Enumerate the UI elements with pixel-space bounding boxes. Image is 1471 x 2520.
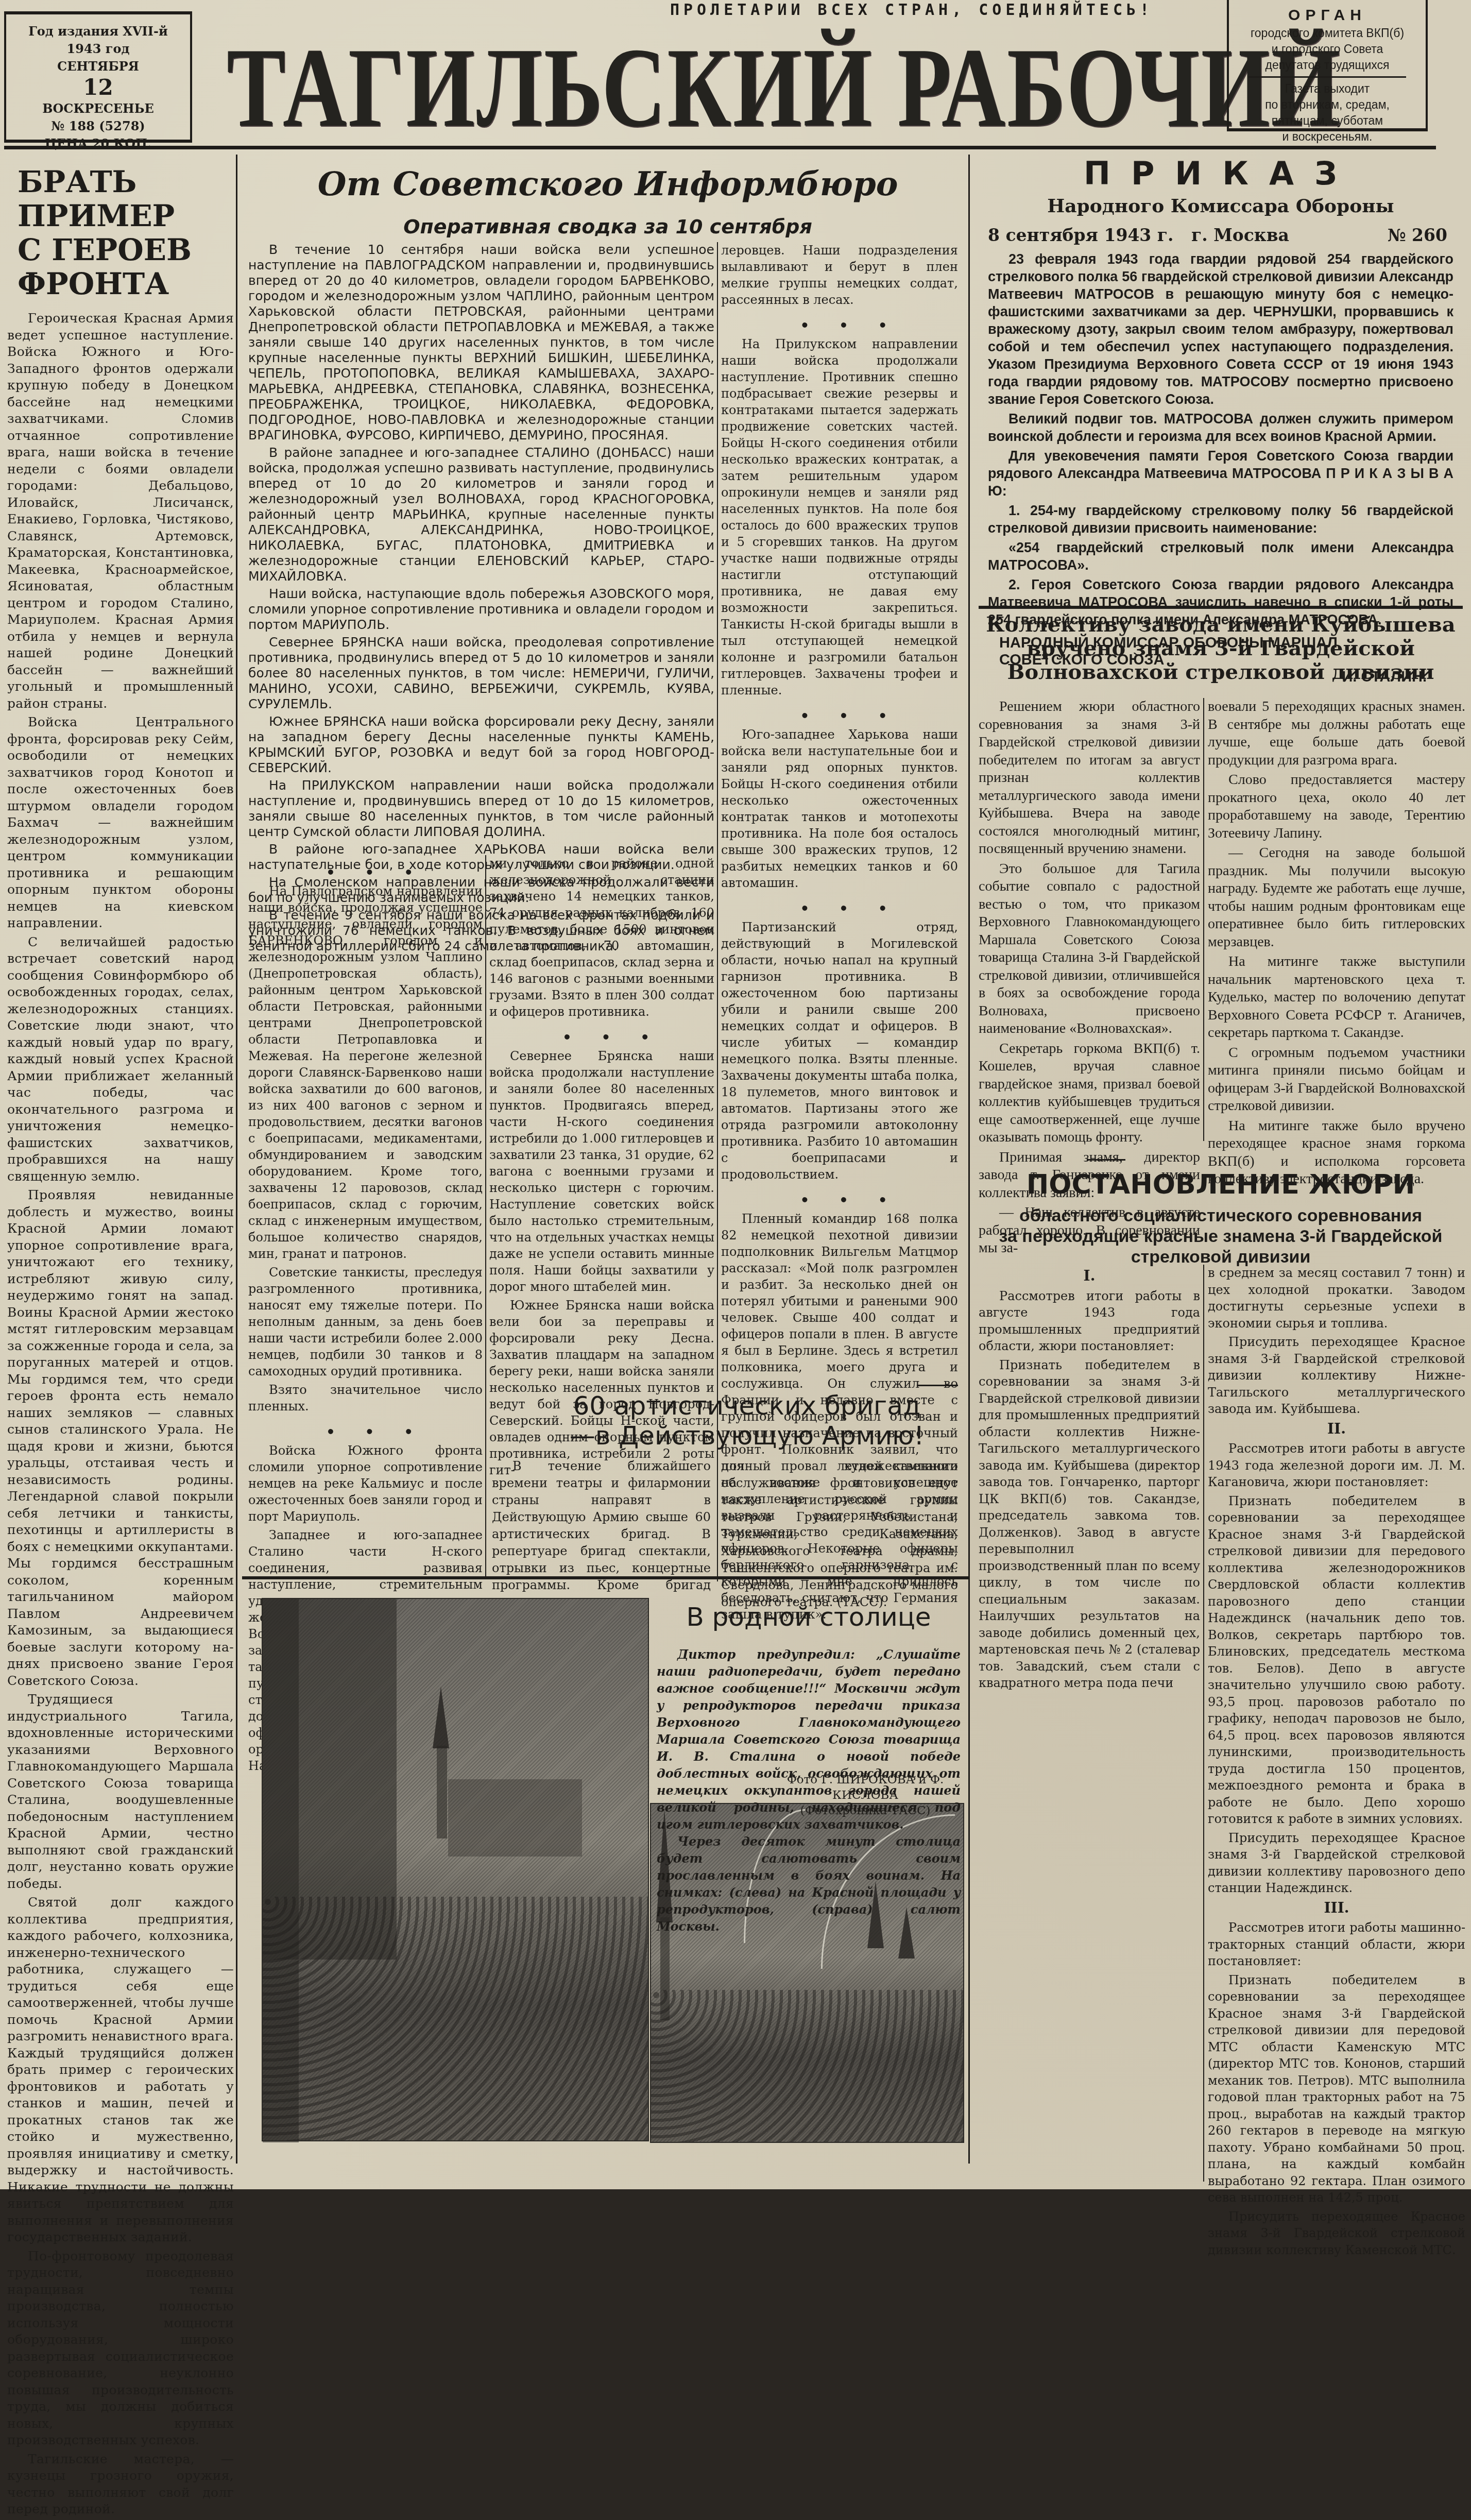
- order-place: г. Москва: [1191, 225, 1289, 245]
- paragraph: Войска Центрального фронта, форсировав р…: [7, 714, 234, 932]
- paragraph: Юго-западнее Харькова наши войска вели н…: [721, 726, 958, 891]
- editorial-article: БРАТЬ ПРИМЕР С ГЕРОЕВ ФРОНТА Героическая…: [7, 165, 234, 2189]
- schedule-line: Газета выходит: [1229, 81, 1426, 97]
- paragraph: Южнее БРЯНСКА наши войска форсировали ре…: [248, 714, 714, 776]
- headline-line: —в Действующую Армию!: [536, 1421, 958, 1451]
- masthead-rule: [4, 146, 1436, 149]
- paragraph: Партизанский отряд, действующий в Могиле…: [721, 919, 958, 1183]
- paragraph: Для увековечения памяти Героя Советского…: [988, 447, 1453, 500]
- issue-year: Год издания XVII-й: [10, 23, 186, 40]
- column-rule: [717, 242, 718, 1581]
- order-meta: 8 сентября 1943 г. г. Москва № 260: [988, 225, 1447, 245]
- article-body: воевали 5 переходящих красных знамен. В …: [1208, 698, 1465, 1188]
- paragraph: Присудить переходящее Красное знамя 3-й …: [1208, 1830, 1465, 1897]
- issue-number: № 188 (5278): [10, 117, 186, 135]
- defense-order: ПРИКАЗ Народного Комиссара Обороны 8 сен…: [979, 155, 1463, 686]
- paragraph: С величайшей радостью встречает советски…: [7, 934, 234, 1185]
- paragraph: Через десяток минут столица будет салюто…: [657, 1833, 961, 1935]
- paragraph: Наши войска, наступающие вдоль побережья…: [248, 586, 714, 633]
- headline-line: С ГЕРОЕВ ФРОНТА: [18, 233, 234, 301]
- jury-subheadline: областного социалистического соревновани…: [979, 1205, 1463, 1267]
- crowd-texture: [263, 1897, 648, 2140]
- jury-headline: ПОСТАНОВЛЕНИЕ ЖЮРИ: [979, 1169, 1463, 1200]
- paragraph: Войска Южного фронта сломили упорное соп…: [248, 1442, 483, 1525]
- headline-line: Коллективу завода имени Куйбышева: [979, 613, 1463, 637]
- headline-line: 60 артистических бригад: [536, 1391, 958, 1421]
- order-body: 23 февраля 1943 года гвардии рядовой 254…: [979, 250, 1463, 628]
- paragraph: Рассмотрев итоги работы машинно-тракторн…: [1208, 1919, 1465, 1970]
- section-separator: • • •: [721, 1192, 958, 1208]
- jury-right-column: в среднем за месяц составил 7 тонн) и це…: [1208, 1265, 1465, 2189]
- paragraph: Советские танкисты, преследуя разгромлен…: [248, 1264, 483, 1380]
- paragraph: Рассмотрев итоги работы в августе 1943 г…: [1208, 1440, 1465, 1491]
- paragraph: Секретарь горкома ВКП(б) т. Кошелев, вру…: [979, 1040, 1200, 1147]
- paragraph: Южнее Брянска наши войска вели бои за пе…: [489, 1297, 714, 1478]
- paragraph: На Павлоградском направлении наши войска…: [248, 883, 483, 1262]
- issue-weekday: ВОСКРЕСЕНЬЕ: [10, 100, 186, 117]
- paragraph: На Прилукском направлении наши войска пр…: [721, 336, 958, 699]
- paragraph: С огромным подъемом участники митинга пр…: [1208, 1044, 1465, 1115]
- subheadline-line: областного социалистического соревновани…: [979, 1205, 1463, 1226]
- paragraph: для художественного обслуживания фронтов…: [721, 1458, 958, 1611]
- paragraph: Героическая Красная Армия ведет успешное…: [7, 310, 234, 712]
- column-rule: [1203, 698, 1204, 1141]
- paragraph: На митинге также выступили начальник мар…: [1208, 953, 1465, 1042]
- paragraph: Признать победителем в соревновании за з…: [979, 1357, 1200, 1692]
- order-heading: ПРИКАЗ: [979, 155, 1463, 192]
- paragraph: в среднем за месяц составил 7 тонн) и це…: [1208, 1265, 1465, 1332]
- editorial-body: Героическая Красная Армия ведет успешное…: [7, 310, 234, 2189]
- paragraph: Взято значительное число пленных.: [248, 1382, 483, 1415]
- column-rule: [485, 855, 486, 1576]
- paragraph: В течение ближайшего времени театры и фи…: [492, 1458, 711, 1611]
- column-rule: [968, 155, 970, 2164]
- credit-agency: (Фотохроника ТАСС): [773, 1803, 958, 1818]
- publisher-line: и городского Совета: [1229, 41, 1426, 57]
- order-number: № 260: [1388, 225, 1447, 245]
- order-subheading: Народного Комиссара Обороны: [979, 195, 1463, 217]
- paragraph: Признать победителем в соревновании за п…: [1208, 1493, 1465, 1828]
- paragraph: леровцев. Наши подразделения вылавливают…: [721, 242, 958, 308]
- sovinformburo-subheadline: Оперативная сводка за 10 сентября: [247, 215, 968, 238]
- sovinformburo-main-report: В течение 10 сентября наши войска вели у…: [248, 242, 714, 956]
- paragraph: ми только в районе одной железнодорожной…: [489, 855, 714, 1020]
- kuibyshev-headline: Коллективу завода имени Куйбышева вручен…: [979, 613, 1463, 684]
- paragraph: Севернее Брянска наши войска продолжали …: [489, 1048, 714, 1295]
- issue-calendar-year: 1943 год: [10, 40, 186, 58]
- paragraph: 23 февраля 1943 года гвардии рядовой 254…: [988, 250, 1453, 408]
- order-date: 8 сентября 1943 г.: [988, 225, 1174, 245]
- section-separator: • • •: [248, 1424, 483, 1440]
- decision-body: I.Рассмотрев итоги работы в августе 1943…: [979, 1268, 1200, 1692]
- divider: [1248, 76, 1406, 78]
- capital-headline: В родной столице: [654, 1602, 963, 1632]
- paragraph: Признать победителем в соревновании за п…: [1208, 1972, 1465, 2190]
- section-separator: • • •: [721, 708, 958, 724]
- paragraph: воевали 5 переходящих красных знамен. В …: [1208, 698, 1465, 769]
- credit-line: Фото Г. ШИРОКОВА и Ф. КИСЛОВА: [773, 1772, 958, 1803]
- publisher-box: ОРГАН городского комитета ВКП(б) и город…: [1227, 0, 1428, 131]
- schedule-line: по вторникам, средам,: [1229, 97, 1426, 113]
- decision-body: в среднем за месяц составил 7 тонн) и це…: [1208, 1265, 1465, 2189]
- sovinformburo-headline: От Советского Информбюро: [247, 165, 968, 203]
- kremlin-tower-icon: [433, 1687, 449, 1748]
- paragraph: — Сегодня на заводе большой праздник. Мы…: [1208, 844, 1465, 951]
- newspaper-page: Год издания XVII-й 1943 год СЕНТЯБРЯ 12 …: [0, 0, 1471, 2189]
- artists-right-column: для художественного обслуживания фронтов…: [721, 1458, 958, 1613]
- paragraph: Севернее БРЯНСКА наши войска, преодолева…: [248, 635, 714, 712]
- paragraph: Это большое для Тагила событие совпало с…: [979, 860, 1200, 1038]
- column-rule: [1203, 1265, 1204, 2182]
- issue-day: 12: [10, 75, 186, 100]
- issue-month: СЕНТЯБРЯ: [10, 58, 186, 75]
- paragraph: Рассмотрев итоги работы в августе 1943 г…: [979, 1288, 1200, 1355]
- newspaper-title: ТАГИЛЬСКИЙ РАБОЧИЙ: [227, 31, 990, 144]
- headline-line: Волновахской стрелковой дивизии: [979, 660, 1463, 684]
- crowd-texture: [651, 1990, 963, 2142]
- masthead-slogan: ПРОЛЕТАРИИ ВСЕХ СТРАН, СОЕДИНЯЙТЕСЬ!: [654, 1, 1169, 19]
- section-separator: • • •: [489, 1029, 714, 1046]
- paragraph: Великий подвиг тов. МАТРОСОВА должен слу…: [988, 410, 1453, 445]
- subheadline-line: стрелковой дивизии: [979, 1247, 1463, 1267]
- schedule-line: и воскресеньям.: [1229, 129, 1426, 145]
- paragraph: 1. 254-му гвардейскому стрелковому полку…: [988, 502, 1453, 537]
- photo-credit: Фото Г. ШИРОКОВА и Ф. КИСЛОВА (Фотохрони…: [773, 1772, 958, 1818]
- report-body: ми только в районе одной железнодорожной…: [489, 855, 714, 1478]
- section-separator: • • •: [248, 864, 483, 881]
- editorial-headline: БРАТЬ ПРИМЕР С ГЕРОЕВ ФРОНТА: [7, 165, 234, 301]
- artists-headline: 60 артистических бригад —в Действующую А…: [536, 1391, 958, 1451]
- headline-line: БРАТЬ ПРИМЕР: [18, 165, 234, 233]
- section-separator: • • •: [721, 317, 958, 334]
- paragraph: Слово предоставляется мастеру прокатного…: [1208, 771, 1465, 842]
- paragraph: Святой долг каждого коллектива предприят…: [7, 1894, 234, 2189]
- report-body: В течение 10 сентября наши войска вели у…: [248, 242, 714, 954]
- section-rule: [917, 1385, 958, 1386]
- subheadline-line: за переходящие красные знамена 3-й Гвард…: [979, 1226, 1463, 1247]
- paragraph: Присудить переходящее Красное знамя 3-й …: [1208, 1334, 1465, 1418]
- paragraph: Решением жюри областного соревнования за…: [979, 698, 1200, 858]
- issue-info-box: Год издания XVII-й 1943 год СЕНТЯБРЯ 12 …: [4, 11, 192, 143]
- headline-line: вручено знамя 3-й Гвардейской: [979, 637, 1463, 660]
- publisher-line: депутатов трудящихся: [1229, 57, 1426, 73]
- paragraph: В районе западнее и юго-западнее СТАЛИНО…: [248, 445, 714, 584]
- paragraph: Трудящиеся индустриального Тагила, вдохн…: [7, 1691, 234, 1892]
- publisher-line: городского комитета ВКП(б): [1229, 25, 1426, 41]
- section-numeral: III.: [1208, 1900, 1465, 1917]
- kuibyshev-right-column: воевали 5 переходящих красных знамен. В …: [1208, 698, 1465, 1190]
- paragraph: В течение 10 сентября наши войска вели у…: [248, 242, 714, 443]
- sovinformburo-lower-mid: ми только в районе одной железнодорожной…: [489, 855, 714, 1480]
- paragraph: «254 гвардейский стрелковый полк имени А…: [988, 539, 1453, 574]
- schedule-line: пятницам, субботам: [1229, 113, 1426, 129]
- paragraph: Проявляя невиданные доблесть и мужество,…: [7, 1187, 234, 1689]
- section-separator: • • •: [721, 900, 958, 917]
- section-numeral: I.: [979, 1268, 1200, 1285]
- section-numeral: II.: [1208, 1421, 1465, 1438]
- jury-left-column: I.Рассмотрев итоги работы в августе 1943…: [979, 1265, 1200, 1694]
- issue-price: ЦЕНА 20 КОП.: [10, 135, 186, 152]
- paragraph: На ПРИЛУКСКОМ направлении наши войска пр…: [248, 778, 714, 840]
- tower-body: [437, 1746, 447, 1838]
- column-rule: [236, 155, 237, 2164]
- publisher-org-label: ОРГАН: [1229, 7, 1426, 23]
- artists-left-column: В течение ближайшего времени театры и фи…: [492, 1458, 711, 1613]
- crowd-at-red-square-photo: [262, 1598, 649, 2141]
- kremlin-wall: [448, 1779, 582, 1857]
